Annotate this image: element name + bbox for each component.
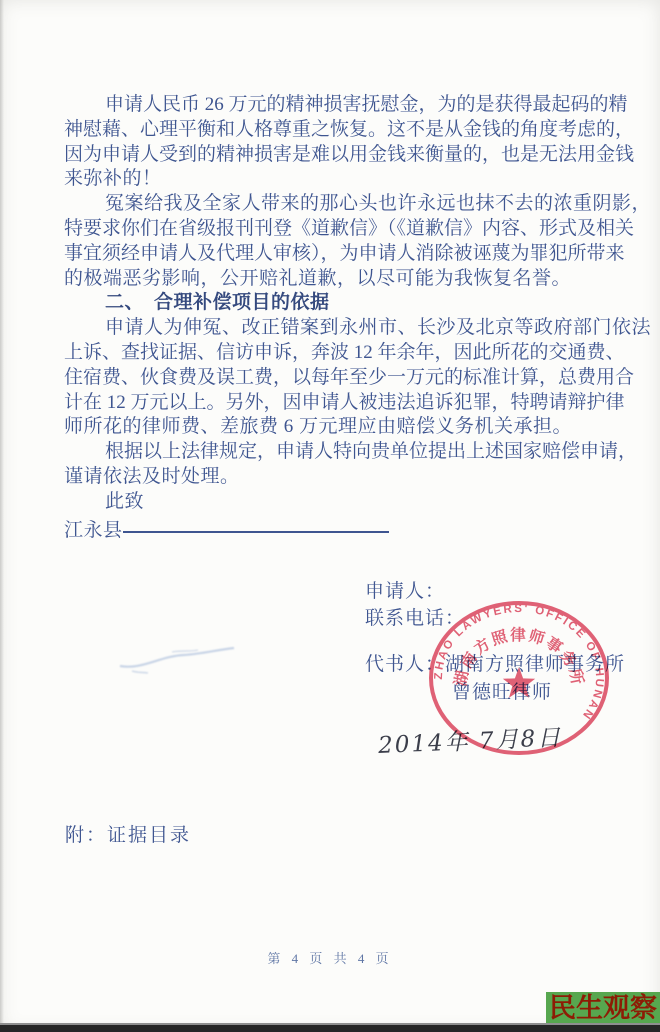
paragraph-line: 神慰藉、心理平衡和人格尊重之恢复。这不是从金钱的角度考虑的， [64,118,621,143]
applicant-label: 申请人： [365,576,445,603]
scribe-line: 代书人：湖南方照律师事务所 [365,649,625,676]
scan-bottom-strip [0,1023,660,1032]
scanned-document-page: 申请人民币 26 万元的精神损害抚慰金，为的是获得最起码的精 神慰藉、心理平衡和… [0,0,660,1032]
paragraph-line: 冤案给我及全家人带来的那心头也许永远也抹不去的浓重阴影， [64,192,621,217]
paragraph-line: 特要求你们在省级报刊刊登《道歉信》（《道歉信》内容、形式及相关 [64,217,621,242]
paragraph-line: 来弥补的！ [64,167,621,192]
ink-smudge [112,642,242,676]
paragraph-line: 申请人为伸冤、改正错案到永州市、长沙及北京等政府部门依法 [64,316,621,341]
attachment-note: 附：证据目录 [65,820,191,847]
blank-underline [123,512,389,533]
paragraph-line: 计在 12 万元以上。另外，因申请人被违法追诉犯罪，特聘请辩护律 [64,391,621,416]
addressee-line: 江永县 [64,515,621,540]
paragraph-line: 因为申请人受到的精神损害是难以用金钱来衡量的，也是无法用金钱 [64,143,621,168]
paragraph-line: 师所花的律师费、差旅费 6 万元理应由赔偿义务机关承担。 [64,415,621,440]
scribe-name: 曾德旺律师 [452,677,552,704]
paragraph-line: 上诉、查找证据、信访申诉，奔波 12 年余年，因此所花的交通费、 [64,341,621,366]
paragraph-line: 事宜须经申请人及代理人审核），为申请人消除被诬蔑为罪犯所带来 [64,242,621,267]
paragraph-line: 根据以上法律规定，申请人特向贵单位提出上述国家赔偿申请， [64,440,621,465]
section-heading: 二、 合理补偿项目的依据 [64,291,621,316]
addressee-text: 江永县 [64,520,123,541]
paragraph-line: 的极端恶劣影响，公开赔礼道歉，以尽可能为我恢复名誉。 [64,267,621,292]
paragraph-line: 住宿费、伙食费及误工费，以每年至少一万元的标准计算，总费用合 [64,366,621,391]
paragraph-line: 申请人民币 26 万元的精神损害抚慰金，为的是获得最起码的精 [64,93,621,118]
watermark-badge: 民生观察 [546,992,660,1025]
paragraph-line: 谨请依法及时处理。 [64,465,621,490]
scan-edge-shade [0,0,4,1032]
handwritten-date: 2014年 7月8日 [377,719,562,760]
document-body: 申请人民币 26 万元的精神损害抚慰金，为的是获得最起码的精 神慰藉、心理平衡和… [64,93,621,539]
page-number-footer: 第 4 页 共 4 页 [0,948,660,967]
phone-label: 联系电话： [365,603,465,630]
